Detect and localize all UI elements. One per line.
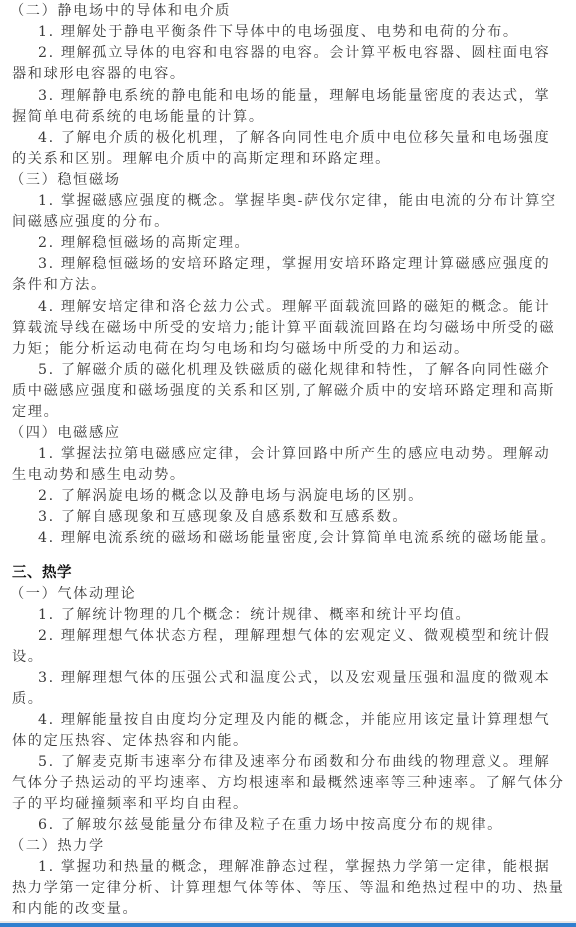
- bottom-accent-bar: [0, 923, 576, 927]
- paragraph-line: 2. 理解稳恒磁场的高斯定理。: [38, 233, 576, 254]
- paragraph-line: 3. 理解理想气体的压强公式和温度公式，以及宏观量压强和温度的微观本: [38, 668, 576, 689]
- paragraph-line: 2. 理解孤立导体的电容和电容器的电容。会计算平板电容器、圆柱面电容: [38, 43, 576, 64]
- subsection-heading: （四）电磁感应: [10, 423, 576, 444]
- subsection-heading: （二）热力学: [10, 836, 576, 857]
- paragraph-line: 生电动势和感生电动势。: [12, 465, 576, 486]
- paragraph-line: 5. 了解磁介质的磁化机理及铁磁质的磁化规律和特性，了解各向同性磁介: [38, 360, 576, 381]
- paragraph-line: 算载流导线在磁场中所受的安培力;能计算平面载流回路在均匀磁场中所受的磁: [12, 318, 576, 339]
- paragraph-line: 气体分子热运动的平均速率、方均根速率和最概然速率等三种速率。了解气体分: [12, 773, 576, 794]
- paragraph-line: 3. 了解自感现象和互感现象及自感系数和互感系数。: [38, 507, 576, 528]
- paragraph-line: 5. 了解麦克斯韦速率分布律及速率分布函数和分布曲线的物理意义。理解: [38, 752, 576, 773]
- paragraph-line: 1. 了解统计物理的几个概念：统计规律、概率和统计平均值。: [38, 605, 576, 626]
- paragraph-line: 4. 了解电介质的极化机理，了解各向同性电介质中电位移矢量和电场强度: [38, 128, 576, 149]
- paragraph-line: 质中磁感应强度和磁场强度的关系和区别,了解磁介质中的安培环路定理和高斯: [12, 381, 576, 402]
- paragraph-line: 热力学第一定律分析、计算理想气体等体、等压、等温和绝热过程中的功、热量: [12, 878, 576, 899]
- section-heading: 三、热学: [12, 563, 576, 584]
- paragraph-line: 器和球形电容器的电容。: [12, 64, 576, 85]
- paragraph-line: 4. 理解电流系统的磁场和磁场能量密度,会计算简单电流系统的磁场能量。: [38, 528, 576, 549]
- paragraph-line: 3. 理解稳恒磁场的安培环路定理，掌握用安培环路定理计算磁感应强度的: [38, 254, 576, 275]
- paragraph-line: 间磁感应强度的分布。: [12, 212, 576, 233]
- subsection-heading: （三）稳恒磁场: [10, 170, 576, 191]
- paragraph-line: 定理。: [12, 402, 576, 423]
- paragraph-line: 2. 了解涡旋电场的概念以及静电场与涡旋电场的区别。: [38, 486, 576, 507]
- paragraph-line: 3. 理解静电系统的静电能和电场的能量，理解电场能量密度的表达式，掌: [38, 86, 576, 107]
- paragraph-line: 1. 掌握功和热量的概念，理解准静态过程，掌握热力学第一定律，能根据: [38, 857, 576, 878]
- paragraph-line: 子的平均碰撞频率和平均自由程。: [12, 794, 576, 815]
- paragraph-line: 1. 理解处于静电平衡条件下导体中的电场强度、电势和电荷的分布。: [38, 22, 576, 43]
- paragraph-line: 的关系和区别。理解电介质中的高斯定理和环路定理。: [12, 149, 576, 170]
- paragraph-line: 6. 了解玻尔兹曼能量分布律及粒子在重力场中按高度分布的规律。: [38, 815, 576, 836]
- paragraph-line: 4. 理解安培定律和洛仑兹力公式。理解平面载流回路的磁矩的概念。能计: [38, 297, 576, 318]
- paragraph-line: 质。: [12, 689, 576, 710]
- paragraph-line: 和内能的改变量。: [12, 899, 576, 920]
- paragraph-line: 体的定压热容、定体热容和内能。: [12, 731, 576, 752]
- paragraph-line: 设。: [12, 647, 576, 668]
- paragraph-line: 条件和方法。: [12, 275, 576, 296]
- paragraph-line: 握简单电荷系统的电场能量的计算。: [12, 107, 576, 128]
- paragraph-line: 1. 掌握磁感应强度的概念。掌握毕奥-萨伐尔定律，能由电流的分布计算空: [38, 191, 576, 212]
- paragraph-line: 2. 理解理想气体状态方程，理解理想气体的宏观定义、微观模型和统计假: [38, 626, 576, 647]
- subsection-heading: （一）气体动理论: [10, 584, 576, 605]
- paragraph-line: 1. 掌握法拉第电磁感应定律，会计算回路中所产生的感应电动势。理解动: [38, 444, 576, 465]
- subsection-heading: （二）静电场中的导体和电介质: [10, 1, 576, 22]
- paragraph-line: 力矩；能分析运动电荷在均匀电场和均匀磁场中所受的力和运动。: [12, 339, 576, 360]
- paragraph-line: 4. 理解能量按自由度均分定理及内能的概念，并能应用该定量计算理想气: [38, 710, 576, 731]
